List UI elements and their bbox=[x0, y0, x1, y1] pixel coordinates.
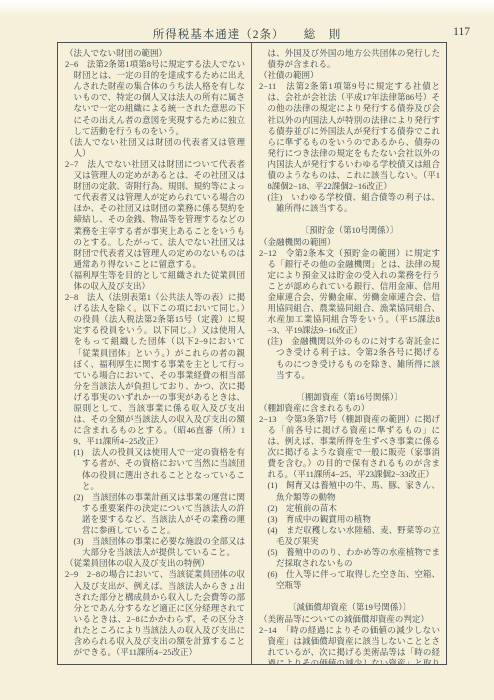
right-block-3-note: (注) いわゆる学校債、組合債等の利子は、雑所得に該当する。 bbox=[259, 192, 440, 214]
right-block-0-cont: は、外国及び外国の地方公共団体の発行した債券が含まれる。 bbox=[259, 48, 440, 70]
right-block-16-item: (6) 仕入等に伴って取得した空き缶、空箱、空瓶等 bbox=[259, 569, 440, 591]
right-block-10-para: 2−13 令第3条第7号（棚卸資産の範囲）に掲げる「前各号に掲げる資産に準ずるも… bbox=[259, 414, 440, 481]
right-block-2-para: 2−11 法第2条第1項第9号に規定する社債とは、会社が会社法（平成17年法律第… bbox=[259, 81, 440, 192]
left-block-10-para: 2−9 2−8の場合において、当該従業員団体の収入及び支出が、例えば、当該法人か… bbox=[65, 569, 245, 658]
right-block-5-label: （金融機関の範囲） bbox=[259, 237, 440, 248]
right-block-15-item: (5) 養殖中ののり、わかめ等の水産植物でまだ採取されないもの bbox=[259, 547, 440, 569]
right-block-9-label: （棚卸資産に含まれるもの） bbox=[259, 403, 440, 414]
column-left: （法人でない財団の範囲）2−6 法第2条第1項第8号に規定する法人でない財団とは… bbox=[58, 43, 252, 664]
right-block-18-label: （美術品等についての減価償却資産の判定） bbox=[259, 614, 440, 625]
left-block-1-para: 2−6 法第2条第1項第8号に規定する法人でない財団とは、一定の目的を達成するた… bbox=[65, 59, 245, 137]
left-block-2-label: （法人でない社団又は財団の代表者又は管理人） bbox=[65, 137, 245, 159]
right-block-7-note: (注) 金融機関以外のものに対する寄託金につき受ける利子は、令第2条各号に掲げる… bbox=[259, 336, 440, 380]
right-block-8-section: 〔棚卸資産（第16号関係）〕 bbox=[259, 392, 440, 403]
right-block-14-item: (4) まだ収穫しない水陸稲、麦、野菜等の立毛及び果実 bbox=[259, 525, 440, 547]
page-number: 117 bbox=[453, 26, 470, 38]
left-block-9-label: （従業員団体の収入及び支出の特例） bbox=[65, 558, 245, 569]
right-block-12-item: (2) 定植前の苗木 bbox=[259, 503, 440, 514]
left-block-6-item: (1) 法人の役員又は使用人で一定の資格を有する者が、その資格において当然に当該… bbox=[65, 447, 245, 491]
left-block-0-label: （法人でない財団の範囲） bbox=[65, 48, 245, 59]
right-block-6-para: 2−12 令第2条本文（預貯金の範囲）に規定する「銀行その他の金融機関」とは、法… bbox=[259, 248, 440, 337]
left-block-5-para: 2−8 法人（法別表第1（公共法人等の表）に掲げる法人を除く。以下この項において… bbox=[65, 292, 245, 447]
left-block-7-item: (2) 当該団体の事業計画又は事業の運営に関する重要案件の決定について当該法人の… bbox=[65, 492, 245, 536]
left-block-4-label: （福利厚生等を目的として組織された従業員団体の収入及び支出） bbox=[65, 270, 245, 292]
right-block-13-item: (3) 育成中の観賞用の植物 bbox=[259, 514, 440, 525]
left-block-3-para: 2−7 法人でない社団又は財団について代表者又は管理人の定めがあるとは、その社団… bbox=[65, 159, 245, 270]
page-header: 所得税基本通達（2条） 総 則 117 bbox=[0, 26, 494, 42]
right-block-4-section: 〔預貯金（第10号関係）〕 bbox=[259, 225, 440, 236]
page-title: 所得税基本通達（2条） 総 則 bbox=[0, 26, 494, 42]
content-box: （法人でない財団の範囲）2−6 法第2条第1項第8号に規定する法人でない財団とは… bbox=[57, 42, 447, 665]
right-block-11-item: (1) 飼育又は養殖中の牛、馬、豚、家きん、魚介類等の動物 bbox=[259, 480, 440, 502]
right-block-19-para: 2−14 「時の経過によりその価値の減少しない資産」は減価償却資産に該当しないこ… bbox=[259, 625, 440, 664]
column-right: は、外国及び外国の地方公共団体の発行した債券が含まれる。（社債の範囲）2−11 … bbox=[252, 43, 446, 664]
left-block-8-item: (3) 当該団体の事業に必要な施設の全部又は大部分を当該法人が提供していること。 bbox=[65, 536, 245, 558]
right-block-17-section: 〔減価償却資産（第19号関係）〕 bbox=[259, 602, 440, 613]
right-block-1-label: （社債の範囲） bbox=[259, 70, 440, 81]
